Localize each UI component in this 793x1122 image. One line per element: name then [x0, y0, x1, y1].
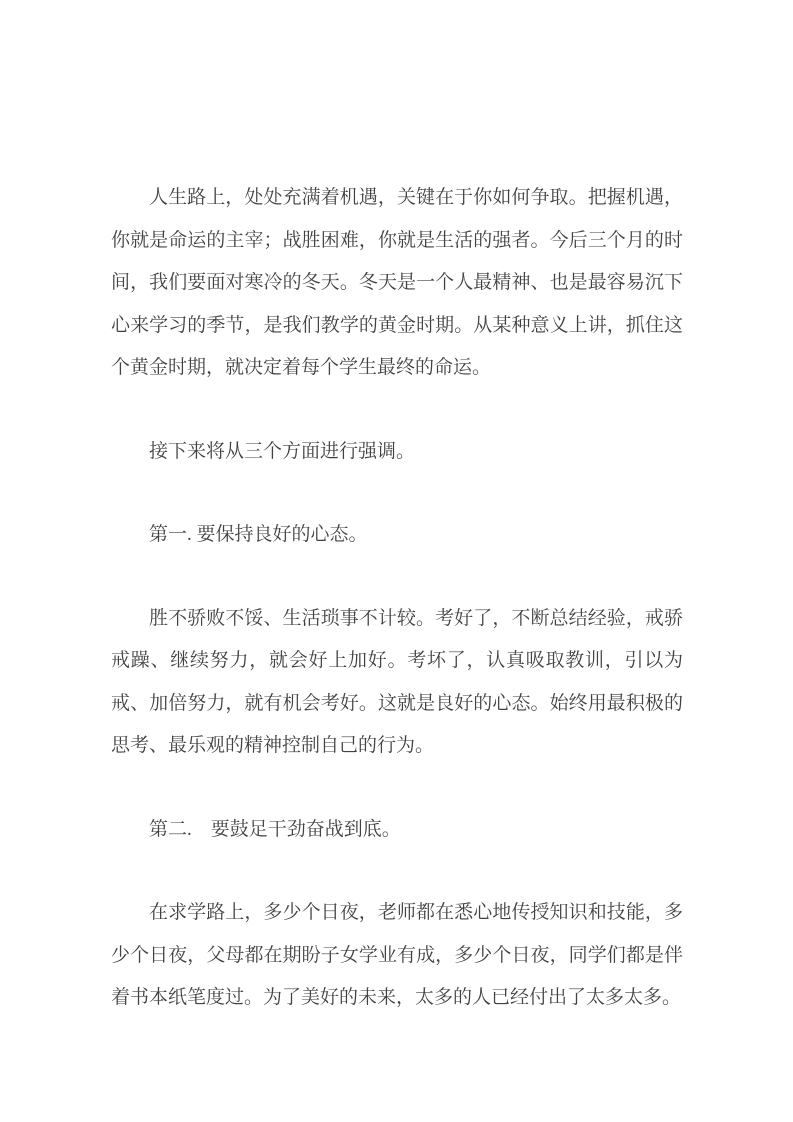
body-paragraph: 接下来将从三个方面进行强调。: [111, 431, 683, 474]
document-page: 人生路上，处处充满着机遇，关键在于你如何争取。把握机遇，你就是命运的主宰；战胜困…: [0, 0, 793, 1122]
section-heading: 第一. 要保持良好的心态。: [111, 514, 683, 557]
section-heading: 第二. 要鼓足干劲奋战到底。: [111, 809, 683, 852]
body-paragraph: 胜不骄败不馁、生活琐事不计较。考好了，不断总结经验，戒骄戒躁、继续努力，就会好上…: [111, 598, 683, 768]
document-body: 人生路上，处处充满着机遇，关键在于你如何争取。把握机遇，你就是命运的主宰；战胜困…: [111, 177, 683, 1020]
body-paragraph: 人生路上，处处充满着机遇，关键在于你如何争取。把握机遇，你就是命运的主宰；战胜困…: [111, 177, 683, 390]
body-paragraph: 在求学路上，多少个日夜，老师都在悉心地传授知识和技能，多少个日夜，父母都在期盼子…: [111, 892, 683, 1020]
